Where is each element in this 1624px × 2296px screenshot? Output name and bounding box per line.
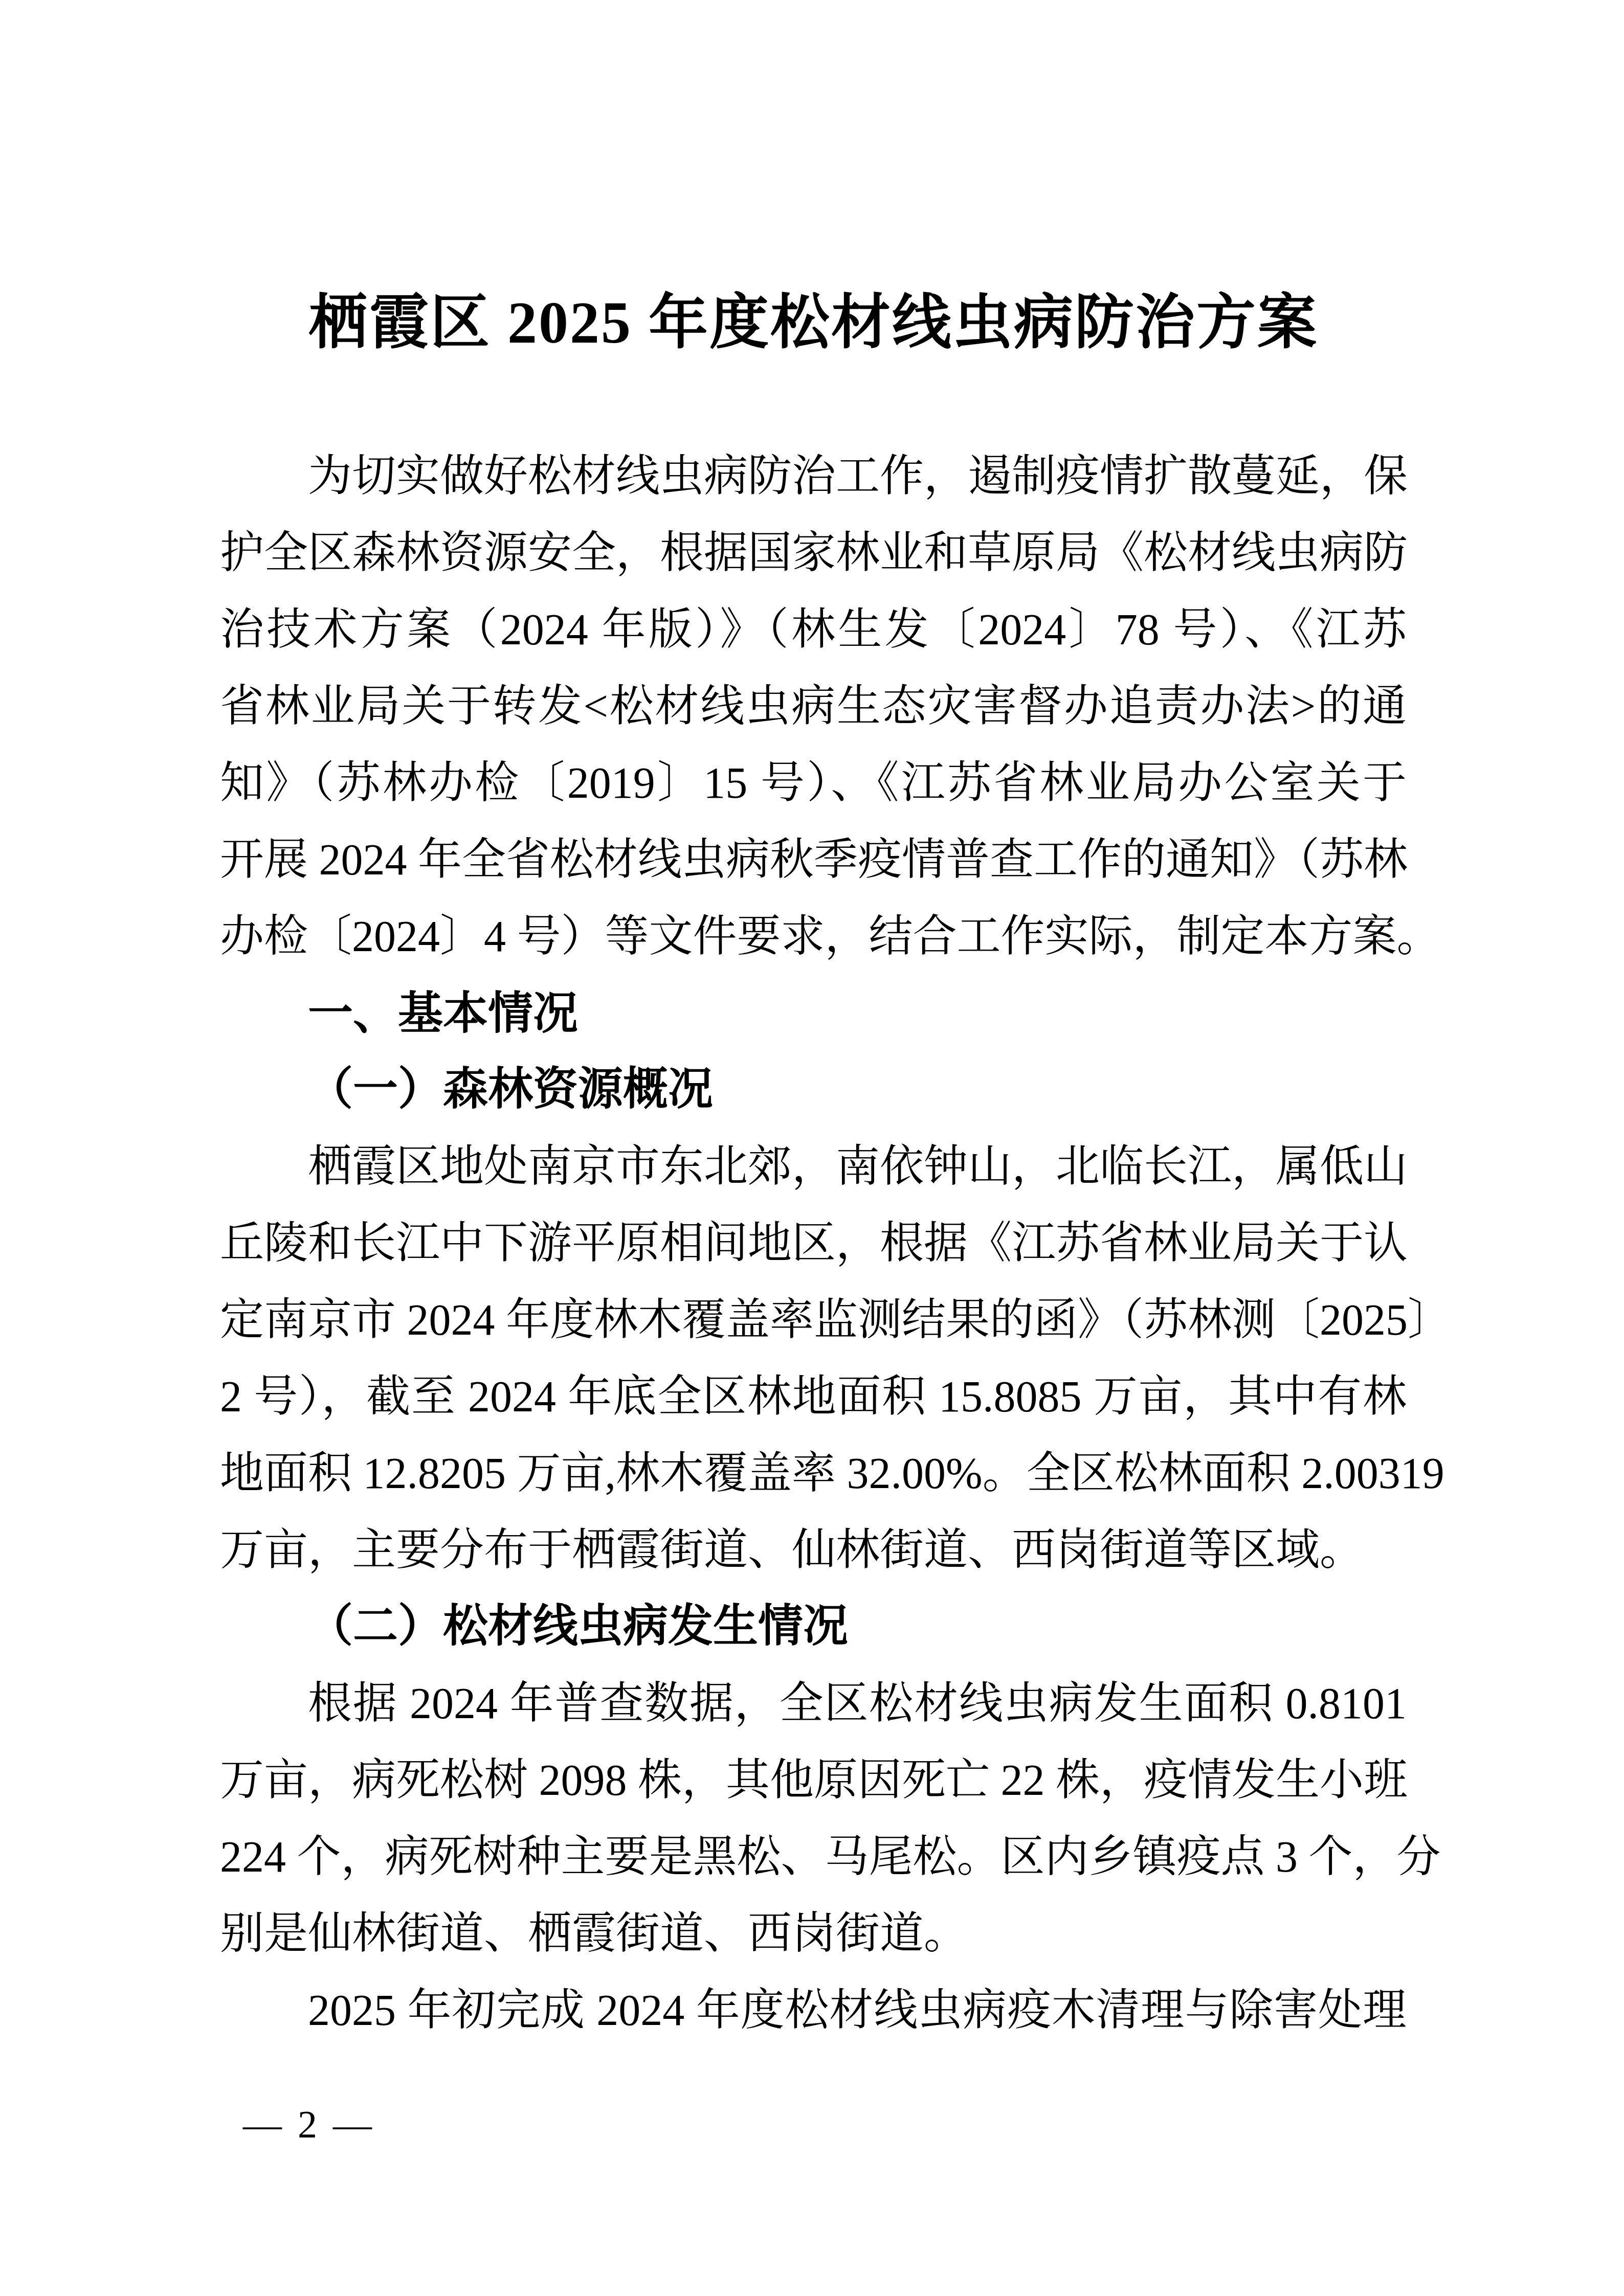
paragraph-line: 万亩，病死松树 2098 株，其他原因死亡 22 株，疫情发生小班	[220, 1742, 1407, 1818]
paragraph-line: 为切实做好松材线虫病防治工作，遏制疫情扩散蔓延，保	[220, 438, 1407, 514]
paragraph-line: 护全区森林资源安全，根据国家林业和草原局《松材线虫病防	[220, 514, 1407, 591]
paragraph-line: 定南京市 2024 年度林木覆盖率监测结果的函》（苏林测〔2025〕	[220, 1281, 1407, 1358]
paragraph-line: 治技术方案（2024 年版）》（林生发〔2024〕78 号）、《江苏	[220, 591, 1407, 668]
subsection-heading-disease-occurrence: （二）松材线虫病发生情况	[220, 1588, 1407, 1665]
document-body: 为切实做好松材线虫病防治工作，遏制疫情扩散蔓延，保 护全区森林资源安全，根据国家…	[220, 438, 1407, 2049]
document-title: 栖霞区 2025 年度松材线虫病防治方案	[220, 282, 1407, 364]
paragraph-line: 丘陵和长江中下游平原相间地区，根据《江苏省林业局关于认	[220, 1205, 1407, 1281]
paragraph-line: 万亩，主要分布于栖霞街道、仙林街道、西岗街道等区域。	[220, 1512, 1407, 1588]
section-heading-basic-situation: 一、基本情况	[220, 975, 1407, 1051]
paragraph-line: 根据 2024 年普查数据，全区松材线虫病发生面积 0.8101	[220, 1665, 1407, 1742]
paragraph-line: 办检〔2024〕4 号）等文件要求，结合工作实际，制定本方案。	[220, 898, 1407, 975]
page-number: — 2 —	[243, 2097, 375, 2153]
paragraph-line: 知》（苏林办检〔2019〕15 号）、《江苏省林业局办公室关于	[220, 745, 1407, 821]
paragraph-line: 别是仙林街道、栖霞街道、西岗街道。	[220, 1895, 1407, 1972]
paragraph-line: 栖霞区地处南京市东北郊，南依钟山，北临长江，属低山	[220, 1128, 1407, 1205]
paragraph-line: 省林业局关于转发<松材线虫病生态灾害督办追责办法>的通	[220, 668, 1407, 745]
paragraph-line: 2025 年初完成 2024 年度松材线虫病疫木清理与除害处理	[220, 1972, 1407, 2049]
document-page: 栖霞区 2025 年度松材线虫病防治方案 为切实做好松材线虫病防治工作，遏制疫情…	[0, 0, 1624, 2296]
paragraph-line: 开展 2024 年全省松材线虫病秋季疫情普查工作的通知》（苏林	[220, 821, 1407, 898]
paragraph-line: 2 号），截至 2024 年底全区林地面积 15.8085 万亩，其中有林	[220, 1358, 1407, 1435]
subsection-heading-forest-resources: （一）森林资源概况	[220, 1051, 1407, 1128]
paragraph-line: 地面积 12.8205 万亩,林木覆盖率 32.00%。全区松林面积 2.003…	[220, 1435, 1407, 1512]
paragraph-line: 224 个，病死树种主要是黑松、马尾松。区内乡镇疫点 3 个，分	[220, 1818, 1407, 1895]
